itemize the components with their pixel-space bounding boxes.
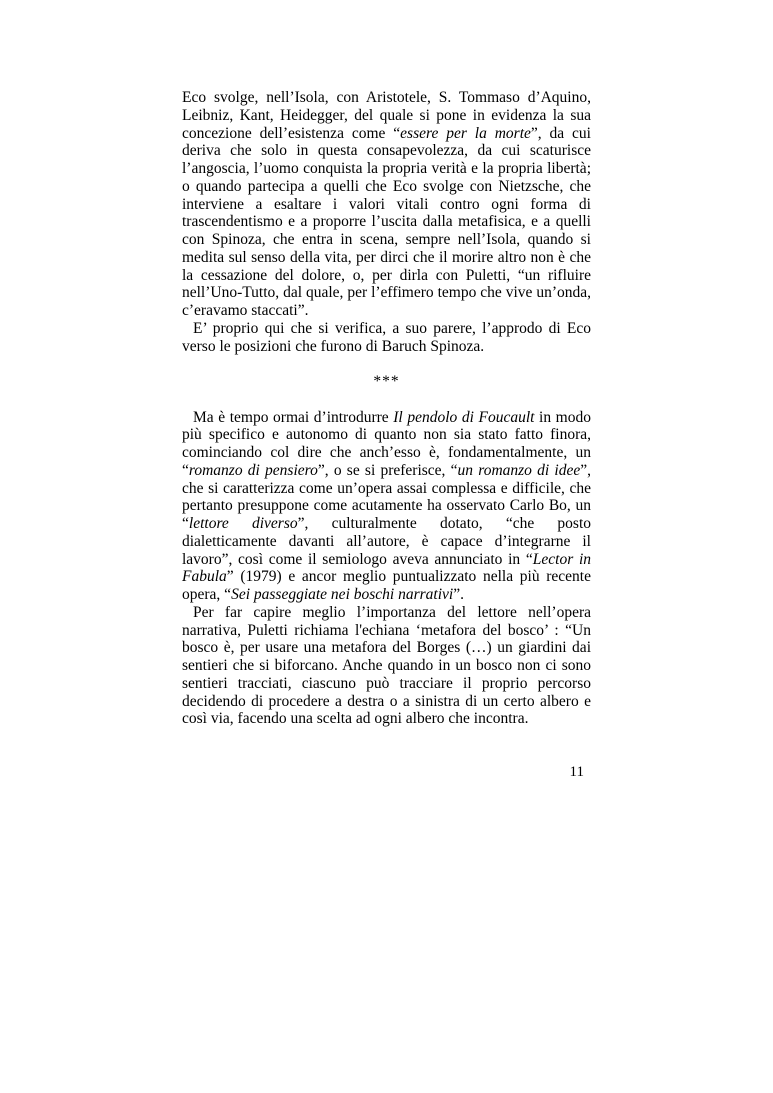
italic-run: Sei passeggiate nei boschi narrativi: [231, 586, 453, 603]
text-run: ”, o se si preferisce, “: [318, 462, 458, 479]
text-run: ”.: [453, 586, 464, 603]
text-run: Per far capire meglio l’importanza del l…: [182, 604, 591, 728]
italic-run: romanzo di pensiero: [189, 462, 318, 479]
paragraph: E’ proprio qui che si verifica, a suo pa…: [182, 320, 591, 356]
text-run: ”, da cui deriva che solo in questa cons…: [182, 125, 591, 320]
paragraph: Per far capire meglio l’importanza del l…: [182, 604, 591, 728]
section-separator: ***: [182, 373, 591, 391]
italic-run: un romanzo di idee: [458, 462, 581, 479]
text-run: Ma è tempo ormai d’introdurre: [193, 409, 393, 426]
page-number: 11: [182, 764, 591, 782]
text-run: E’ proprio qui che si verifica, a suo pa…: [182, 320, 591, 355]
italic-run: essere per la morte: [400, 125, 531, 142]
italic-run: Il pendolo di Foucault: [393, 409, 534, 426]
document-page: Eco svolge, nell’Isola, con Aristotele, …: [0, 0, 773, 1093]
italic-run: lettore diverso: [189, 515, 298, 532]
paragraph: Ma è tempo ormai d’introdurre Il pendolo…: [182, 409, 591, 604]
paragraph: Eco svolge, nell’Isola, con Aristotele, …: [182, 89, 591, 320]
text-block: Eco svolge, nell’Isola, con Aristotele, …: [182, 89, 591, 728]
